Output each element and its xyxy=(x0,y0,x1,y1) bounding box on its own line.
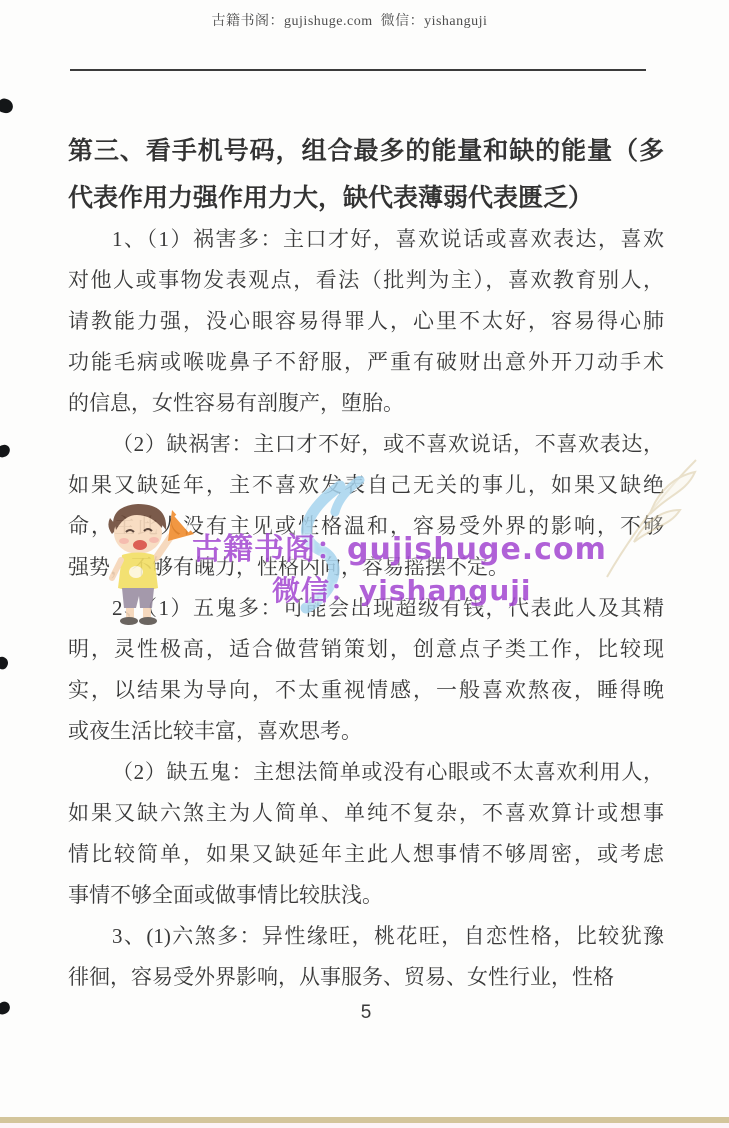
page-header-watermark-text: 古籍书阁：gujishuge.com 微信：yishanguji xyxy=(0,10,729,30)
ink-speck xyxy=(0,97,15,115)
ink-speck xyxy=(0,1000,12,1016)
paragraph-que-wugui: （2）缺五鬼：主想法简单或没有心眼或不太喜欢利用人，如果又缺六煞主为人简单、单纯… xyxy=(68,752,664,916)
ink-speck xyxy=(0,444,11,458)
paragraph-huohai-duo: 1、（1）祸害多：主口才好，喜欢说话或喜欢表达，喜欢对他人或事物发表观点，看法（… xyxy=(68,219,664,424)
watermark-wechat-text: 微信：yishanguji xyxy=(272,569,531,609)
header-divider-line xyxy=(70,69,646,71)
page-number: 5 xyxy=(68,1002,664,1024)
scanned-document-page: 古籍书阁：gujishuge.com 微信：yishanguji 第三、看手机号… xyxy=(0,0,729,1128)
section-title: 第三、看手机号码，组合最多的能量和缺的能量（多代表作用力强作用力大，缺代表薄弱代… xyxy=(68,128,664,222)
watermark-site-text: 古籍书阁：gujishuge.com xyxy=(192,524,607,568)
ink-speck xyxy=(0,655,10,671)
mascot-boy-megaphone-icon xyxy=(88,500,200,630)
scan-edge-under xyxy=(0,1123,729,1128)
leaf-sketch-icon xyxy=(592,452,702,582)
paragraph-liusha-duo: 3、(1)六煞多：异性缘旺，桃花旺，自恋性格，比较犹豫徘徊，容易受外界影响，从事… xyxy=(68,916,664,998)
